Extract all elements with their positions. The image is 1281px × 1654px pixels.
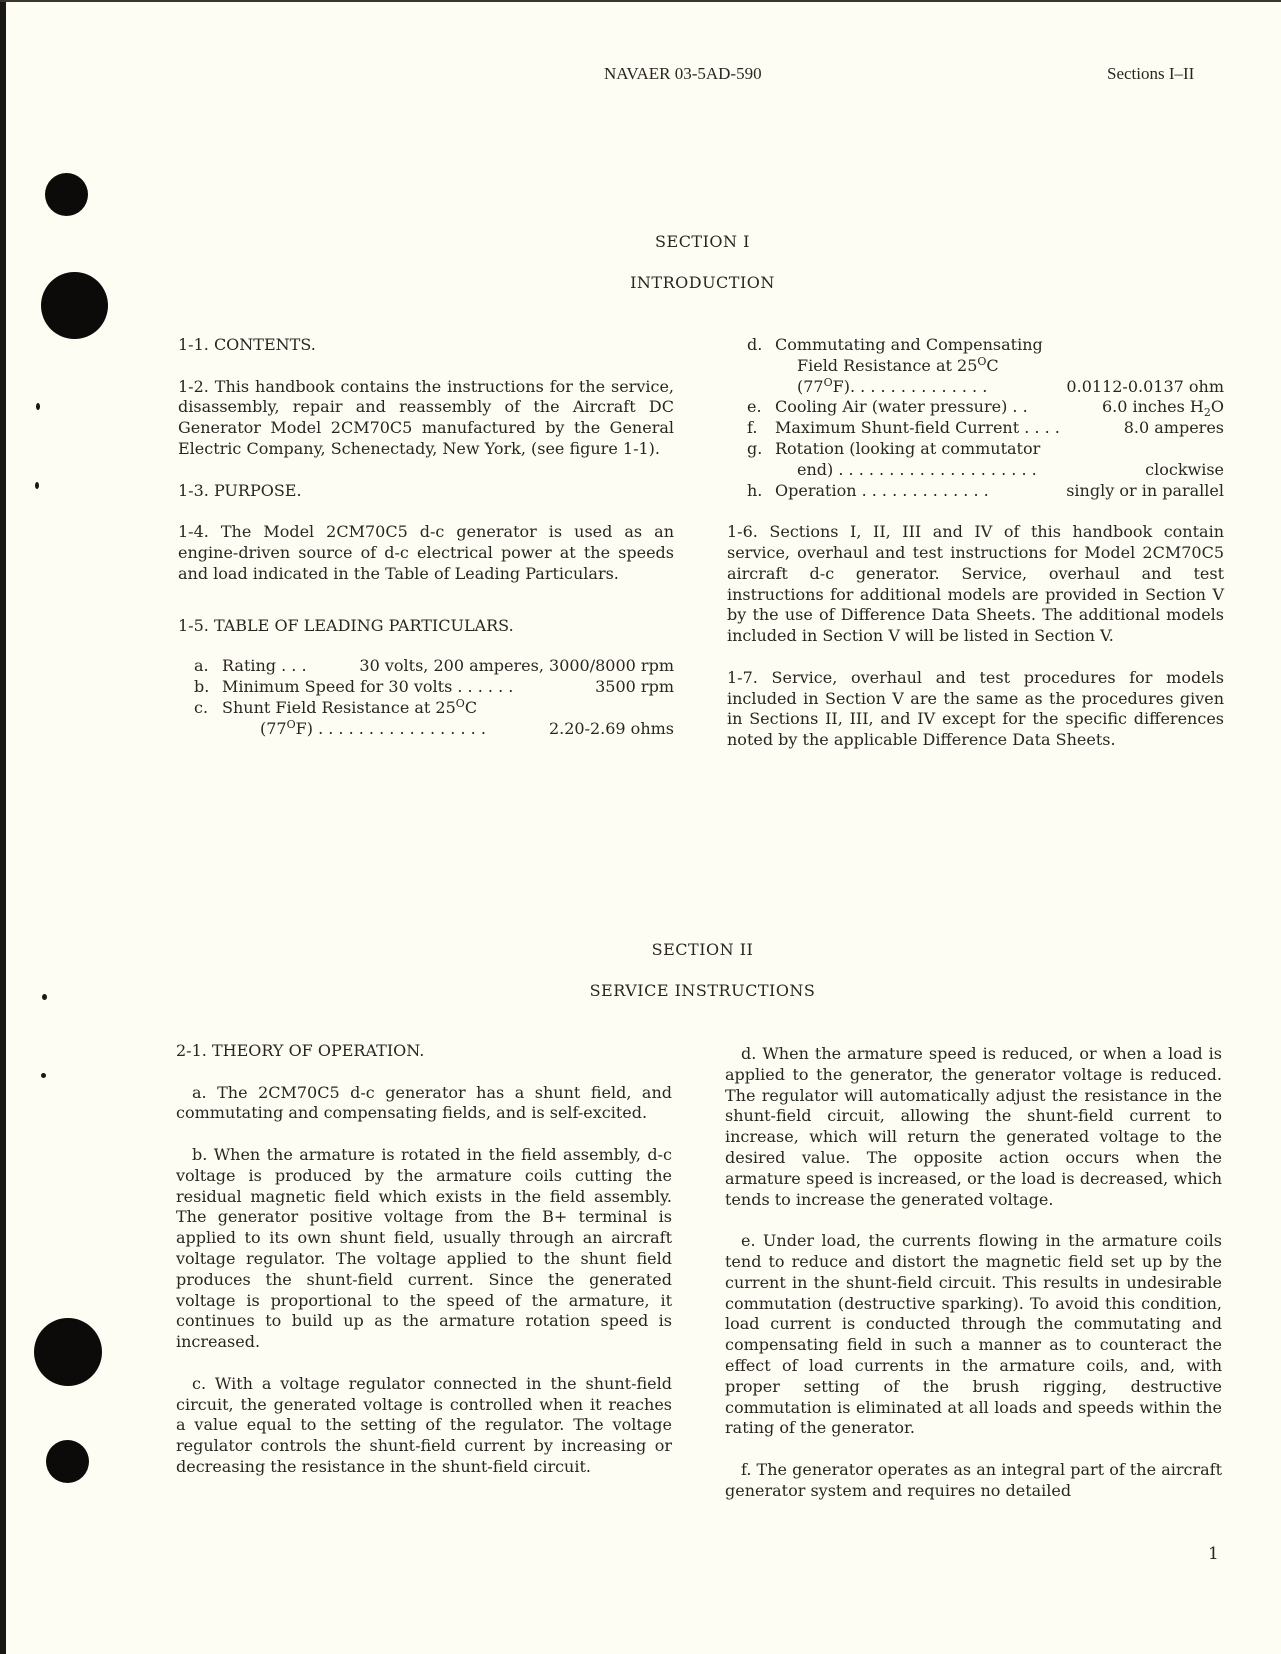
particulars-list-right: d.Commutating and Compensating Field Res…	[727, 335, 1224, 501]
particular-a-label: Rating . . .	[222, 656, 307, 675]
particular-g-value: clockwise	[1145, 460, 1224, 481]
section-2-title: SERVICE INSTRUCTIONS	[0, 981, 1281, 1000]
particular-d-line3: (77OF). . . . . . . . . . . . . . 0.0112…	[747, 377, 1224, 398]
particular-c-value: 2.20-2.69 ohms	[549, 719, 674, 740]
paragraph-1-2: 1-2. This handbook contains the instruct…	[178, 377, 674, 460]
particular-b-label: Minimum Speed for 30 volts . . . . . .	[222, 677, 513, 696]
particular-f: f.Maximum Shunt-field Current . . . . 8.…	[747, 418, 1224, 439]
heading-contents: 1-1. CONTENTS.	[178, 335, 674, 356]
section-1-right-column: d.Commutating and Compensating Field Res…	[727, 335, 1224, 751]
paragraph-2-1-c: c. With a voltage regulator connected in…	[176, 1374, 672, 1478]
particulars-list-left: a.Rating . . . 30 volts, 200 amperes, 30…	[178, 656, 674, 739]
particular-e-value: 6.0 inches H2O	[1102, 397, 1224, 418]
particular-b-value: 3500 rpm	[595, 677, 674, 698]
particular-g-cont: end) . . . . . . . . . . . . . . . . . .…	[747, 460, 1224, 481]
binding-mark	[36, 403, 40, 410]
section-1-title: INTRODUCTION	[0, 273, 1281, 292]
page-number: 1	[1208, 1544, 1219, 1564]
paragraph-1-4: 1-4. The Model 2CM70C5 d-c generator is …	[178, 522, 674, 584]
particular-a-value: 30 volts, 200 amperes, 3000/8000 rpm	[359, 656, 674, 677]
binding-mark	[35, 482, 39, 489]
particular-e: e.Cooling Air (water pressure) . . 6.0 i…	[747, 397, 1224, 418]
page-sections: Sections I–II	[1107, 64, 1194, 84]
section-2-number: SECTION II	[0, 940, 1281, 959]
paragraph-2-1-e: e. Under load, the currents flowing in t…	[725, 1231, 1222, 1439]
particular-a: a.Rating . . . 30 volts, 200 amperes, 30…	[194, 656, 674, 677]
particular-c-label: Shunt Field Resistance at 25	[222, 698, 456, 717]
paragraph-2-1-d: d. When the armature speed is reduced, o…	[725, 1044, 1222, 1210]
paragraph-1-6: 1-6. Sections I, II, III and IV of this …	[727, 522, 1224, 647]
particular-g: g.Rotation (looking at commutator	[747, 439, 1224, 460]
punch-hole	[46, 1440, 89, 1483]
particular-d-label: Commutating and Compensating	[775, 335, 1043, 354]
section-2-left-column: 2-1. THEORY OF OPERATION. a. The 2CM70C5…	[176, 1041, 672, 1478]
paragraph-1-7: 1-7. Service, overhaul and test procedur…	[727, 668, 1224, 751]
particular-h-value: singly or in parallel	[1066, 481, 1224, 502]
punch-hole	[45, 173, 88, 216]
particular-d-value: 0.0112-0.0137 ohm	[1066, 377, 1224, 398]
particular-c: c.Shunt Field Resistance at 25OC	[194, 698, 674, 719]
paragraph-2-1-b: b. When the armature is rotated in the f…	[176, 1145, 672, 1353]
particular-h: h.Operation . . . . . . . . . . . . . si…	[747, 481, 1224, 502]
particular-d: d.Commutating and Compensating	[747, 335, 1224, 356]
paragraph-2-1-a: a. The 2CM70C5 d-c generator has a shunt…	[176, 1083, 672, 1125]
heading-purpose: 1-3. PURPOSE.	[178, 481, 674, 502]
section-1-left-column: 1-1. CONTENTS. 1-2. This handbook contai…	[178, 335, 674, 740]
heading-theory-of-operation: 2-1. THEORY OF OPERATION.	[176, 1041, 672, 1062]
page-top-edge	[0, 0, 1281, 2]
particular-f-value: 8.0 amperes	[1124, 418, 1224, 439]
binding-mark	[41, 1073, 46, 1078]
paragraph-2-1-f: f. The generator operates as an integral…	[725, 1460, 1222, 1502]
particular-b: b.Minimum Speed for 30 volts . . . . . .…	[194, 677, 674, 698]
punch-hole	[34, 1318, 102, 1386]
particular-c-cont: (77OF) . . . . . . . . . . . . . . . . .…	[194, 719, 674, 740]
section-2-right-column: d. When the armature speed is reduced, o…	[725, 1044, 1222, 1502]
section-1-number: SECTION I	[0, 232, 1281, 251]
heading-leading-particulars: 1-5. TABLE OF LEADING PARTICULARS.	[178, 616, 674, 637]
document-number: NAVAER 03-5AD-590	[604, 64, 762, 84]
particular-d-line2: Field Resistance at 25OC	[747, 356, 1224, 377]
